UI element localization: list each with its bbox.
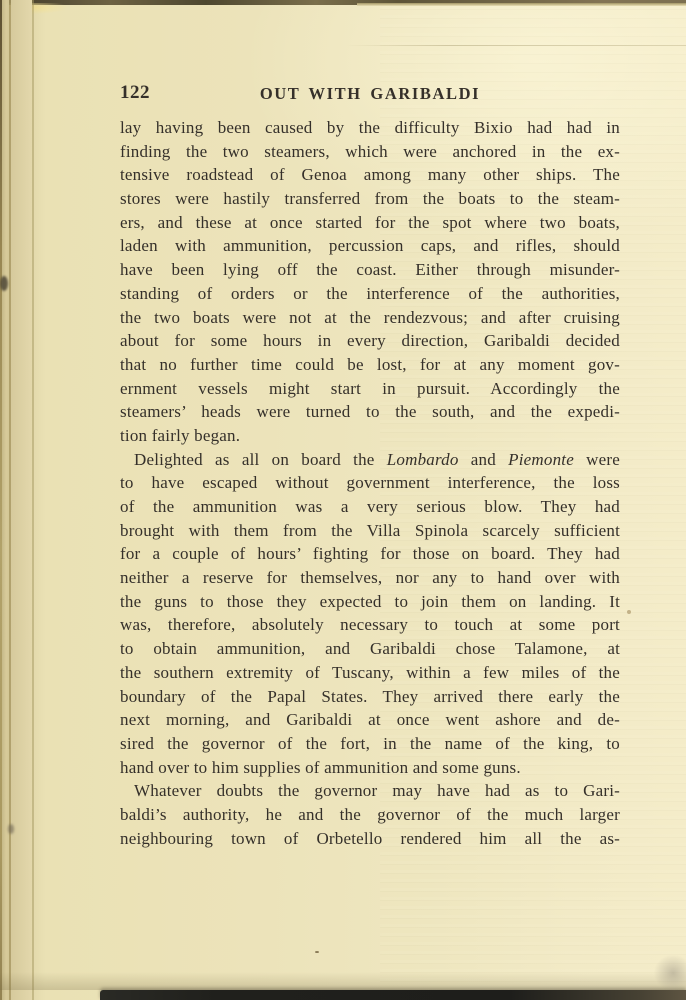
binding-edge-shadow — [0, 0, 46, 1000]
text-segment: to obtain ammunition, and Garibaldi chos… — [120, 639, 620, 658]
text-line: tensive roadstead of Genoa among many ot… — [120, 163, 620, 187]
text-line: ers, and these at once started for the s… — [120, 211, 620, 235]
text-line: Whatever doubts the governor may have ha… — [120, 779, 620, 803]
text-line: sired the governor of the fort, in the n… — [120, 732, 620, 756]
text-segment: the guns to those they expected to join … — [120, 592, 620, 611]
text-segment: steamers’ heads were turned to the south… — [120, 402, 620, 421]
text-line: neither a reserve for themselves, nor an… — [120, 566, 620, 590]
text-segment: next morning, and Garibaldi at once went… — [120, 710, 620, 729]
page-header: 122 OUT WITH GARIBALDI — [120, 82, 620, 106]
text-segment: the southern extremity of Tuscany, withi… — [120, 663, 620, 682]
text-line: Delighted as all on board the Lombardo a… — [120, 448, 620, 472]
page-body: lay having been caused by the difficulty… — [120, 116, 620, 850]
scan-bottom-shadow — [0, 972, 686, 990]
text-line: of the ammunition was a very serious blo… — [120, 495, 620, 519]
text-line: neighbouring town of Orbetello rendered … — [120, 827, 620, 851]
text-line: to obtain ammunition, and Garibaldi chos… — [120, 637, 620, 661]
text-segment: for a couple of hours’ fighting for thos… — [120, 544, 620, 563]
text-segment: finding the two steamers, which were anc… — [120, 142, 620, 161]
text-segment: sired the governor of the fort, in the n… — [120, 734, 620, 753]
text-segment: were — [574, 450, 620, 469]
text-segment: neighbouring town of Orbetello rendered … — [120, 829, 620, 848]
text-line: for a couple of hours’ fighting for thos… — [120, 542, 620, 566]
text-line: have been lying off the coast. Either th… — [120, 258, 620, 282]
scan-top-edge-thin — [357, 3, 686, 6]
text-line: that no further time could be lost, for … — [120, 353, 620, 377]
text-segment: neither a reserve for themselves, nor an… — [120, 568, 620, 587]
text-line: the two boats were not at the rendezvous… — [120, 306, 620, 330]
paper-speck — [315, 951, 319, 953]
scan-corner-smudge — [654, 955, 686, 991]
scan-bottom-edge — [100, 990, 686, 1000]
text-segment: stores were hastily transferred from the… — [120, 189, 620, 208]
text-segment: baldi’s authority, he and the governor o… — [120, 805, 620, 824]
ship-name-italic: Piemonte — [508, 450, 574, 469]
running-head: OUT WITH GARIBALDI — [120, 84, 620, 104]
text-segment: Whatever doubts the governor may have ha… — [134, 781, 620, 800]
text-segment: of the ammunition was a very serious blo… — [120, 497, 620, 516]
text-line: stores were hastily transferred from the… — [120, 187, 620, 211]
scanned-book-page: 122 OUT WITH GARIBALDI lay having been c… — [0, 0, 686, 1000]
text-segment: and — [459, 450, 509, 469]
text-line: finding the two steamers, which were anc… — [120, 140, 620, 164]
text-segment: the two boats were not at the rendezvous… — [120, 308, 620, 327]
text-segment: boundary of the Papal States. They arriv… — [120, 687, 620, 706]
text-segment: ers, and these at once started for the s… — [120, 213, 620, 232]
text-line: was, therefore, absolutely necessary to … — [120, 613, 620, 637]
ink-smudge — [0, 276, 8, 291]
text-line: to have escaped without government inter… — [120, 471, 620, 495]
text-segment: tensive roadstead of Genoa among many ot… — [120, 165, 620, 184]
text-line: tion fairly began. — [120, 424, 620, 448]
text-segment: was, therefore, absolutely necessary to … — [120, 615, 620, 634]
text-segment: that no further time could be lost, for … — [120, 355, 620, 374]
text-segment: brought with them from the Villa Spinola… — [120, 521, 620, 540]
text-segment: about for some hours in every direction,… — [120, 331, 620, 350]
text-line: next morning, and Garibaldi at once went… — [120, 708, 620, 732]
text-line: lay having been caused by the difficulty… — [120, 116, 620, 140]
text-segment: have been lying off the coast. Either th… — [120, 260, 620, 279]
text-line: ernment vessels might start in pursuit. … — [120, 377, 620, 401]
text-line: brought with them from the Villa Spinola… — [120, 519, 620, 543]
text-line: boundary of the Papal States. They arriv… — [120, 685, 620, 709]
text-line: steamers’ heads were turned to the south… — [120, 400, 620, 424]
paper-speck — [627, 610, 631, 614]
text-segment: standing of orders or the interference o… — [120, 284, 620, 303]
text-line: baldi’s authority, he and the governor o… — [120, 803, 620, 827]
paper-crease-line — [345, 45, 686, 46]
text-segment: ernment vessels might start in pursuit. … — [120, 379, 620, 398]
text-segment: lay having been caused by the difficulty… — [120, 118, 620, 137]
text-line: about for some hours in every direction,… — [120, 329, 620, 353]
ink-smudge — [8, 824, 14, 834]
text-segment: tion fairly began. — [120, 426, 240, 445]
text-line: hand over to him supplies of ammunition … — [120, 756, 620, 780]
text-line: laden with ammunition, percussion caps, … — [120, 234, 620, 258]
text-segment: Delighted as all on board the — [134, 450, 387, 469]
ship-name-italic: Lombardo — [387, 450, 459, 469]
text-segment: hand over to him supplies of ammunition … — [120, 758, 521, 777]
text-segment: to have escaped without government inter… — [120, 473, 620, 492]
text-line: the southern extremity of Tuscany, withi… — [120, 661, 620, 685]
text-line: standing of orders or the interference o… — [120, 282, 620, 306]
text-segment: laden with ammunition, percussion caps, … — [120, 236, 620, 255]
text-line: the guns to those they expected to join … — [120, 590, 620, 614]
